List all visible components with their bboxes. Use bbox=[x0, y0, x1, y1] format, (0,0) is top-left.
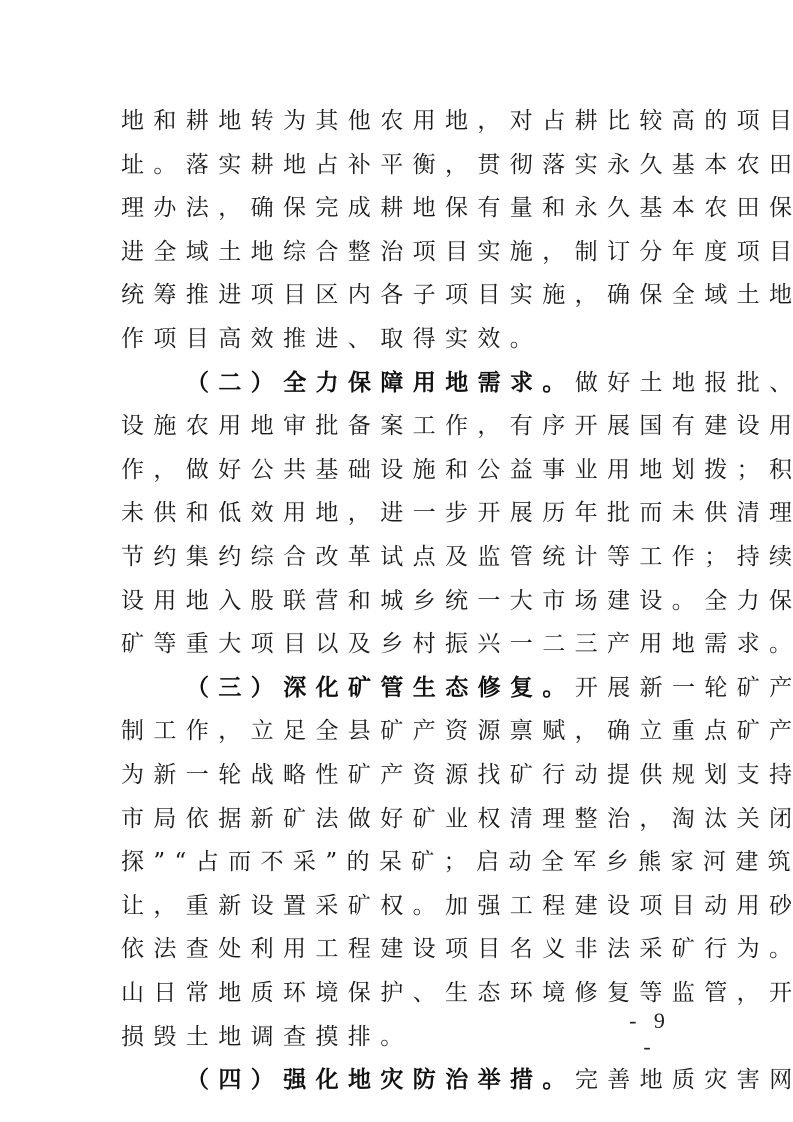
body-line: 市局依据新矿法做好矿业权清理整治，淘汰关闭长期“圈而不 bbox=[121, 797, 721, 841]
section-heading: （四）强化地灾防治举措。 bbox=[186, 1067, 575, 1093]
body-text: 开展新一轮矿产资源规划编 bbox=[575, 675, 793, 701]
body-line: 让，重新设置采矿权。加强工程建设项目动用砂石资源监管， bbox=[121, 884, 721, 928]
body-line: 理办法，确保完成耕地保有量和永久基本农田保护任务。推 bbox=[121, 186, 721, 230]
body-line: 作，做好公共基础设施和公益事业用地划拨；积极盘活批而 bbox=[121, 448, 721, 492]
body-line: 未供和低效用地，进一步开展历年批而未供清理，做好土地 bbox=[121, 491, 721, 535]
body-line: 节约集约综合改革试点及监管统计等工作；持续探索集体建 bbox=[121, 535, 721, 579]
body-text: 做好土地报批、临时用地和 bbox=[575, 370, 793, 396]
section-heading-line: （四）强化地灾防治举措。完善地质灾害网格化管理体 bbox=[186, 1058, 786, 1102]
body-line: 矿等重大项目以及乡村振兴一二三产用地需求。 bbox=[121, 622, 721, 666]
body-line: 作项目高效推进、取得实效。 bbox=[121, 317, 721, 361]
section-heading: （二）全力保障用地需求。 bbox=[186, 370, 575, 396]
section-heading-line: （三）深化矿管生态修复。开展新一轮矿产资源规划编 bbox=[186, 666, 786, 710]
section-heading-line: （二）全力保障用地需求。做好土地报批、临时用地和 bbox=[186, 361, 786, 405]
body-line: 地和耕地转为其他农用地，对占耕比较高的项目督促优化选 bbox=[121, 99, 721, 143]
body-text: 完善地质灾害网格化管理体 bbox=[575, 1067, 793, 1093]
body-line: 统筹推进项目区内各子项目实施，确保全域土地综合整治工 bbox=[121, 273, 721, 317]
body-line: 依法查处利用工程建设项目名义非法采矿行为。强化生产矿 bbox=[121, 927, 721, 971]
body-line: 为新一轮战略性矿产资源找矿行动提供规划支持。配合省厅、 bbox=[121, 753, 721, 797]
body-line: 设用地入股联营和城乡统一大市场建设。全力保障沙坪沟钼 bbox=[121, 579, 721, 623]
body-line: 址。落实耕地占补平衡，贯彻落实永久基本农田保护红线管 bbox=[121, 143, 721, 187]
body-line: 制工作，立足全县矿产资源禀赋，确立重点矿产资源规划区， bbox=[121, 709, 721, 753]
document-page: 地和耕地转为其他农用地，对占耕比较高的项目督促优化选 址。落实耕地占补平衡，贯彻… bbox=[0, 0, 793, 1122]
body-line: 探”“占而不采”的呆矿；启动全军乡熊家河建筑石料矿挂牌出 bbox=[121, 840, 721, 884]
body-line: 进全域土地综合整治项目实施，制订分年度项目建设计划， bbox=[121, 230, 721, 274]
body-line: 设施农用地审批备案工作，有序开展国有建设用地招拍挂工 bbox=[121, 404, 721, 448]
page-number: - 9 - bbox=[620, 1008, 680, 1060]
section-heading: （三）深化矿管生态修复。 bbox=[186, 675, 575, 701]
